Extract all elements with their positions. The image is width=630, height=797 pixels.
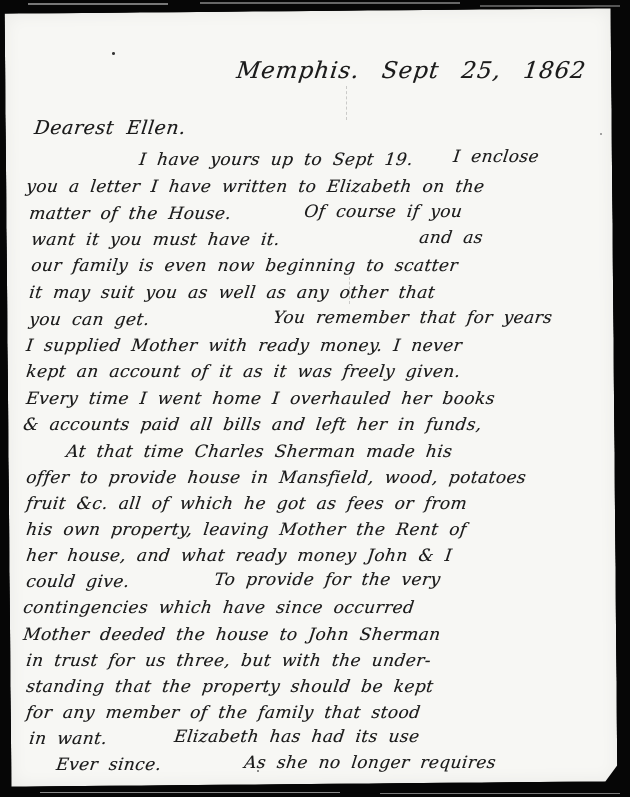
handwritten-line: Of course if you xyxy=(303,202,463,222)
scanned-letter-screenshot: Memphis. Sept 25, 1862 Dearest Ellen. I … xyxy=(0,0,630,797)
handwritten-line: contingencies which have since occurred xyxy=(22,598,416,618)
scanner-edge-streak xyxy=(28,3,168,5)
handwritten-line: our family is even now beginning to scat… xyxy=(30,256,459,276)
handwritten-line: & accounts paid all bills and left her i… xyxy=(22,415,483,435)
handwritten-line: As she no longer requires xyxy=(243,753,497,773)
scanner-edge-streak xyxy=(40,792,340,793)
handwritten-line: kept an account of it as it was freely g… xyxy=(25,362,462,382)
handwritten-line: I have yours up to Sept 19. xyxy=(138,150,414,170)
scanner-edge-streak xyxy=(480,5,620,7)
handwritten-line: I enclose xyxy=(452,147,540,167)
handwritten-line: in trust for us three, but with the unde… xyxy=(25,651,432,671)
handwritten-line: his own property, leaving Mother the Ren… xyxy=(25,520,468,540)
handwritten-line: you a letter I have written to Elizabeth… xyxy=(25,177,486,197)
letter-salutation: Dearest Ellen. xyxy=(33,117,187,139)
handwritten-line: want it you must have it. xyxy=(30,230,281,250)
handwritten-line: I supplied Mother with ready money. I ne… xyxy=(25,336,463,356)
handwritten-line: matter of the House. xyxy=(28,204,232,224)
fold-crease-mark xyxy=(346,86,348,120)
handwritten-line: standing that the property should be kep… xyxy=(25,677,435,697)
handwritten-line: Every time I went home I overhauled her … xyxy=(25,389,496,409)
handwritten-line: her house, and what ready money John & I xyxy=(25,546,453,566)
handwritten-line: and as xyxy=(418,228,484,248)
handwritten-line: offer to provide house in Mansfield, woo… xyxy=(25,468,527,488)
scanner-edge-streak xyxy=(380,793,620,794)
handwritten-line: Elizabeth has had its use xyxy=(173,727,421,747)
handwritten-line: for any member of the family that stood xyxy=(25,703,422,723)
letter-dateline: Memphis. Sept 25, 1862 xyxy=(235,58,588,84)
handwritten-line: could give. xyxy=(25,572,131,592)
handwritten-line: To provide for the very xyxy=(213,570,442,590)
letter-ink-layer: Memphis. Sept 25, 1862 Dearest Ellen. I … xyxy=(0,0,630,797)
handwritten-line: fruit &c. all of which he got as fees or… xyxy=(25,494,468,514)
handwritten-line: Mother deeded the house to John Sherman xyxy=(22,625,442,645)
handwritten-line: in want. xyxy=(28,729,108,749)
scan-speck xyxy=(112,52,115,55)
fold-crease-mark xyxy=(349,272,351,304)
scan-speck xyxy=(257,770,259,772)
handwritten-line: You remember that for years xyxy=(272,308,553,328)
handwritten-line: it may suit you as well as any other tha… xyxy=(28,283,436,303)
scanner-edge-streak xyxy=(200,2,460,4)
handwritten-line: you can get. xyxy=(28,310,151,330)
handwritten-line: Ever since. xyxy=(55,755,163,775)
scan-speck xyxy=(600,133,602,135)
handwritten-line: At that time Charles Sherman made his xyxy=(65,442,453,462)
